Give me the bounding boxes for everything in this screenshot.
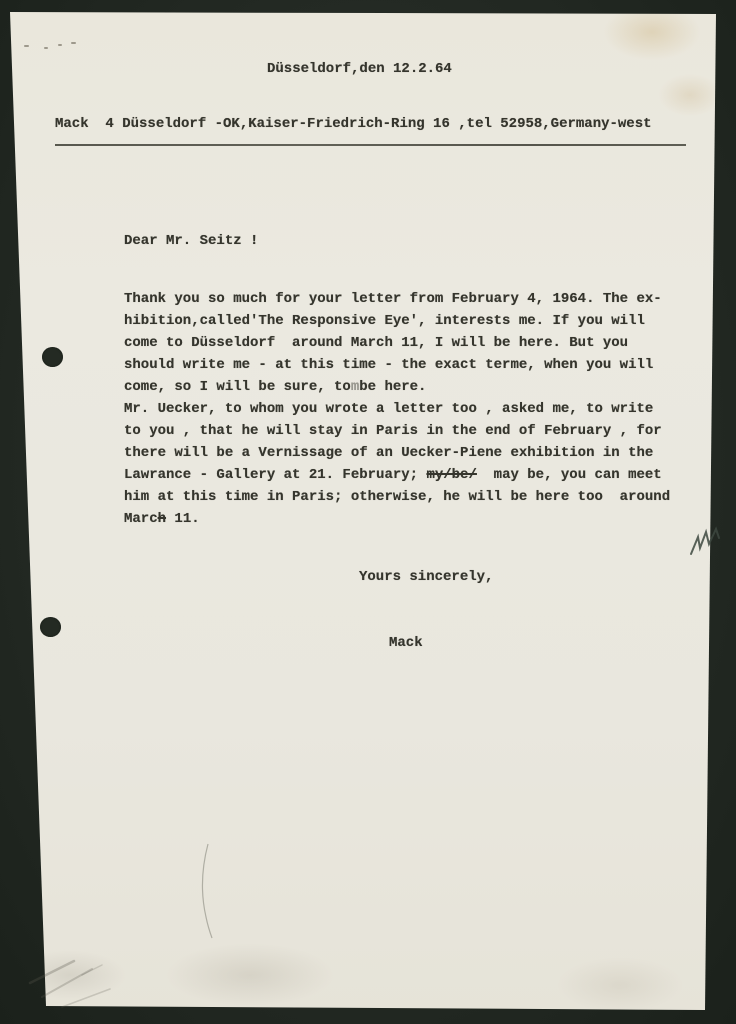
paper-crease-line (186, 842, 226, 947)
body-line: to you , that he will stay in Paris in t… (124, 420, 670, 442)
sender-address-line: Mack 4 Düsseldorf -OK,Kaiser-Friedrich-R… (55, 116, 652, 132)
body-line: March 11. (124, 508, 670, 530)
body-line: come to Düsseldorf around March 11, I wi… (124, 332, 670, 354)
body-line: Lawrance - Gallery at 21. February; my/b… (124, 464, 670, 486)
letter-body: Thank you so much for your letter from F… (124, 288, 670, 530)
body-line: him at this time in Paris; otherwise, he… (124, 486, 670, 508)
pencil-speck (24, 45, 29, 47)
hole-punch-bottom (40, 617, 61, 637)
body-line: there will be a Vernissage of an Uecker-… (124, 442, 670, 464)
signature: Mack (389, 635, 423, 651)
body-line: come, so I will be sure, tombe here. (124, 376, 670, 398)
body-line: hibition,called'The Responsive Eye', int… (124, 310, 670, 332)
body-line: Thank you so much for your letter from F… (124, 288, 670, 310)
hole-punch-top (42, 347, 63, 367)
pencil-speck (71, 42, 76, 44)
closing: Yours sincerely, (359, 569, 493, 585)
pencil-speck (44, 47, 48, 49)
letterhead-rule (55, 144, 686, 146)
pencil-speck (58, 44, 62, 46)
pen-squiggle-mark (688, 522, 724, 567)
salutation: Dear Mr. Seitz ! (124, 233, 258, 249)
scanned-letter: Düsseldorf,den 12.2.64 Mack 4 Düsseldorf… (0, 0, 736, 1024)
body-line: Mr. Uecker, to whom you wrote a letter t… (124, 398, 670, 420)
date-line: Düsseldorf,den 12.2.64 (267, 61, 452, 77)
pencil-smudge (22, 945, 132, 1020)
body-line: should write me - at this time - the exa… (124, 354, 670, 376)
